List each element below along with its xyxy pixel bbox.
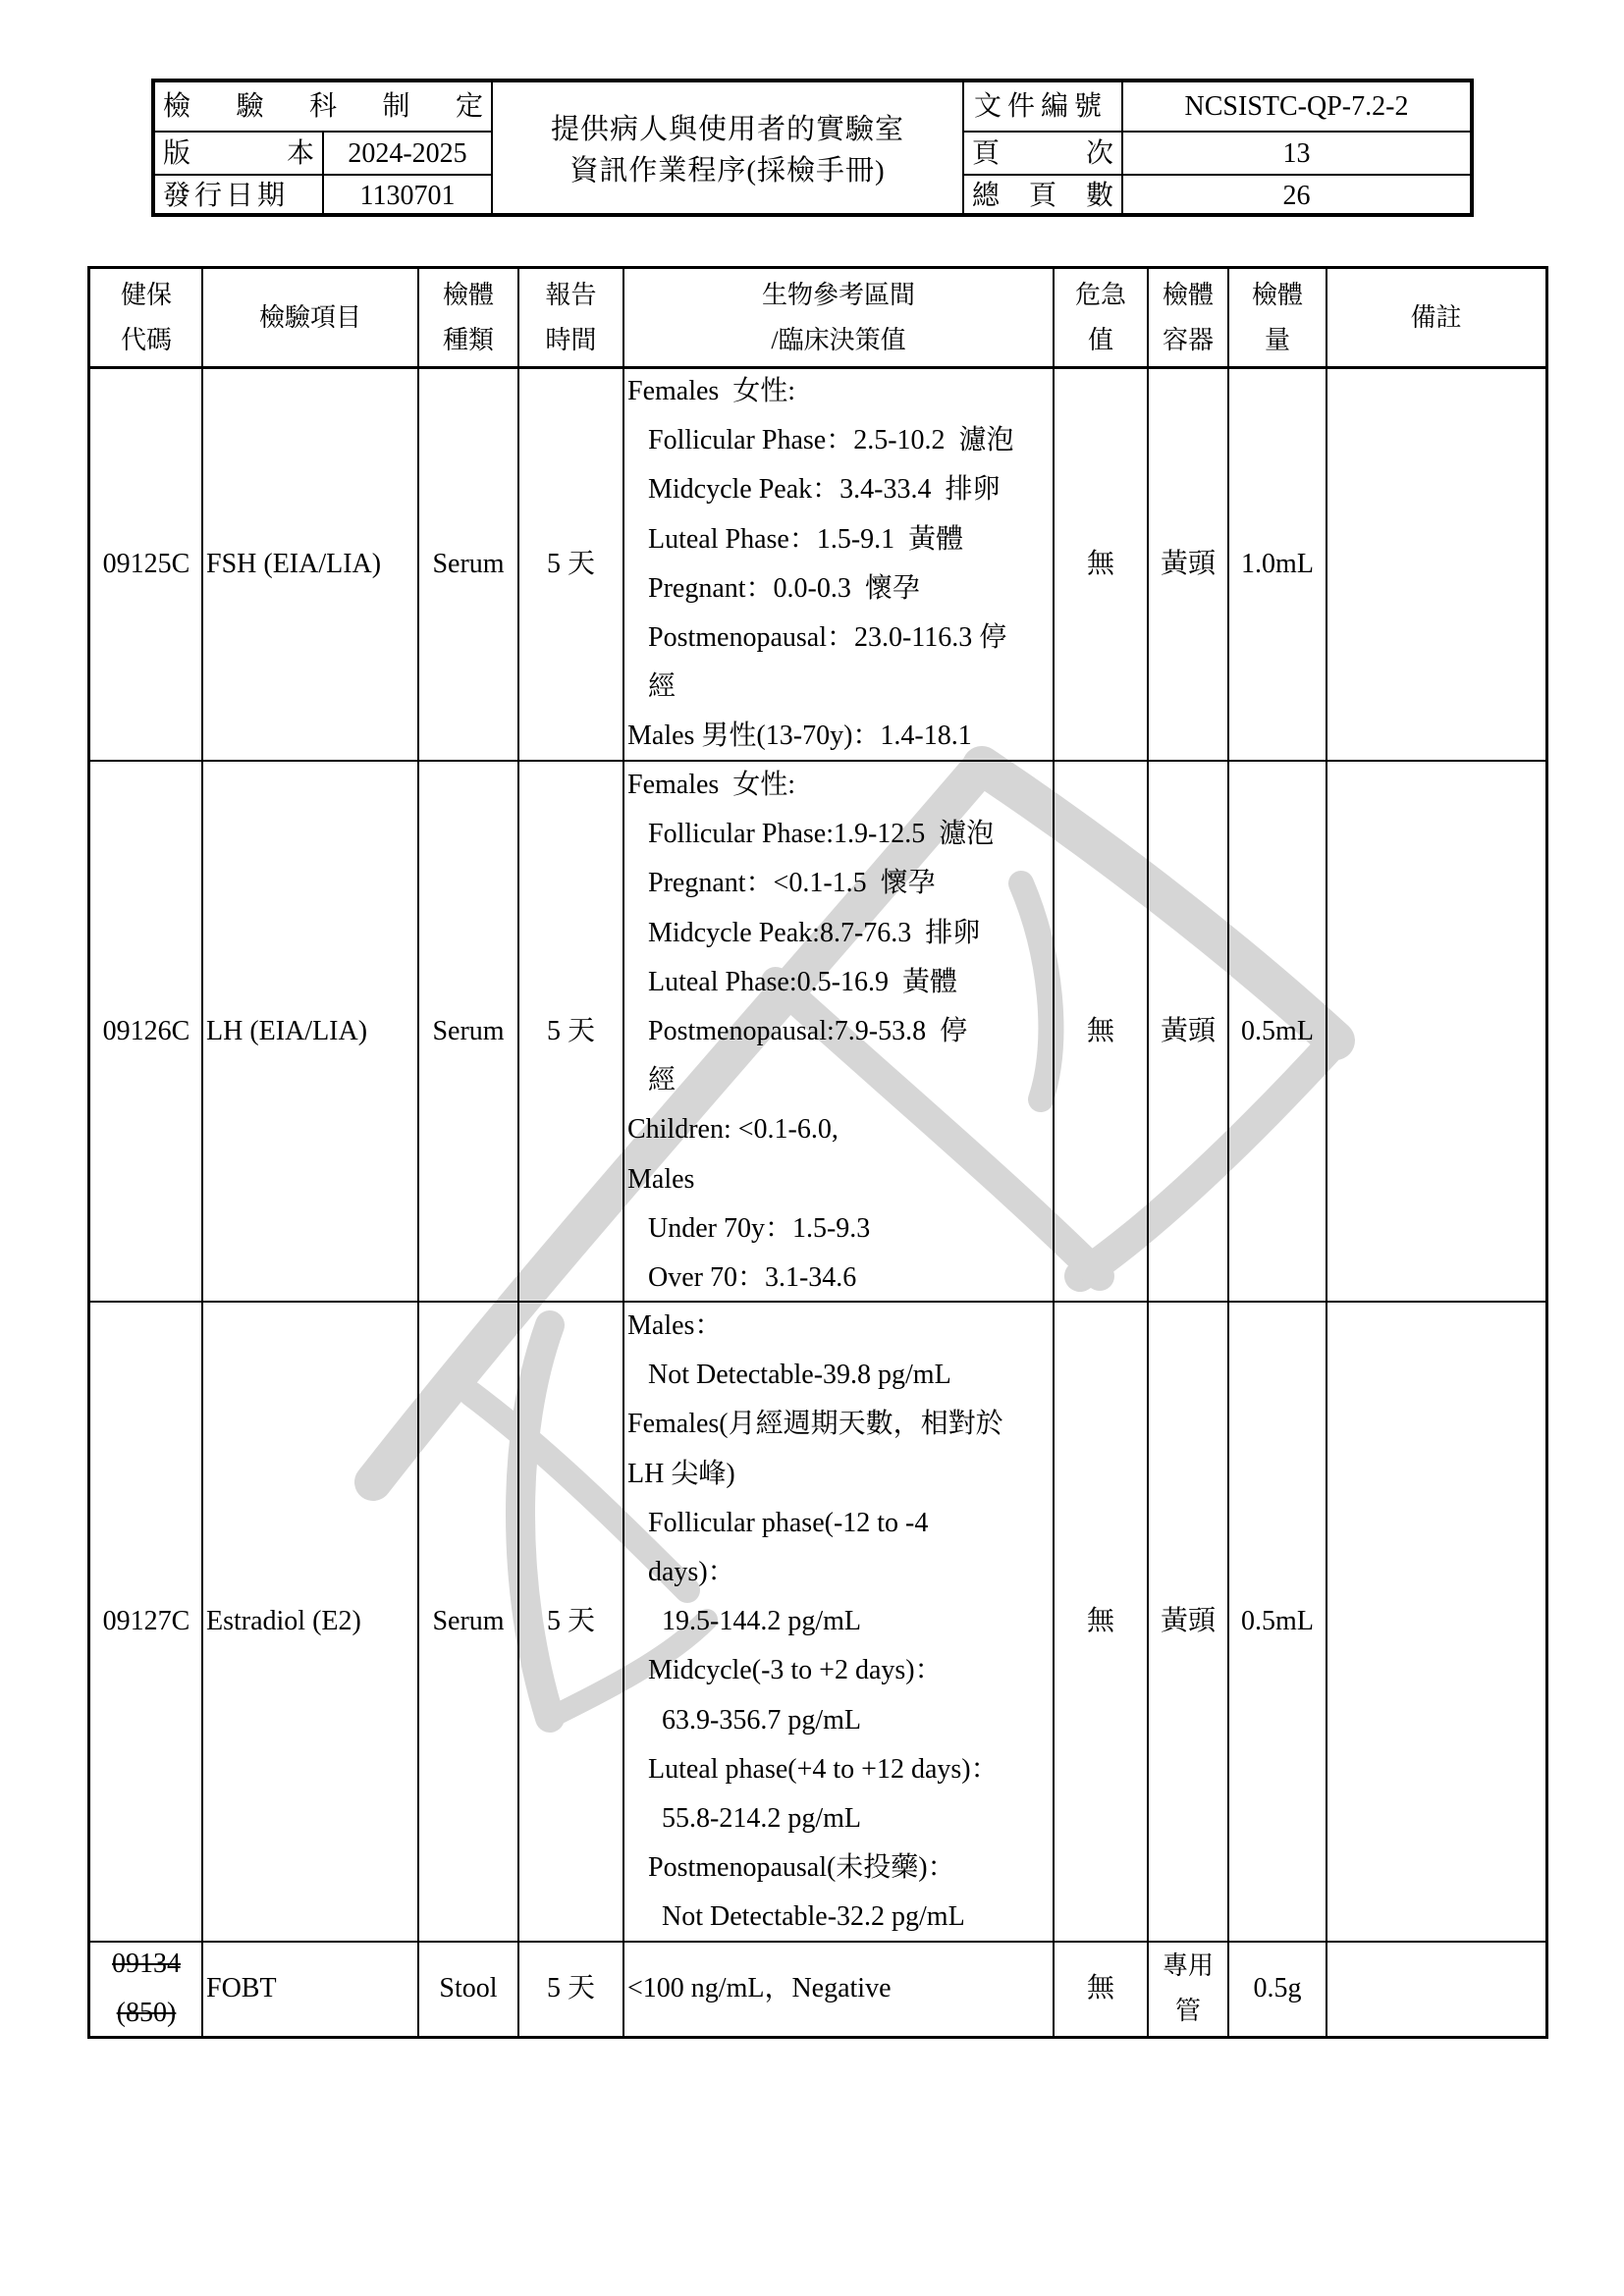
reference-line: 經 bbox=[627, 1056, 1054, 1105]
critical-value: 無 bbox=[1054, 367, 1148, 761]
reference-line: days)： bbox=[627, 1548, 1054, 1597]
reference-line: 經 bbox=[627, 663, 1054, 712]
remarks bbox=[1326, 367, 1545, 761]
reference-line: Luteal phase(+4 to +12 days)： bbox=[627, 1745, 1054, 1794]
reference-line: Midcycle(-3 to +2 days)： bbox=[627, 1646, 1054, 1695]
reference-line: Not Detectable-32.2 pg/mL bbox=[627, 1893, 1054, 1942]
reference-line: Not Detectable-39.8 pg/mL bbox=[627, 1351, 1054, 1400]
critical-value: 無 bbox=[1054, 761, 1148, 1302]
test-item-name: LH (EIA/LIA) bbox=[202, 761, 418, 1302]
remarks bbox=[1326, 1302, 1545, 1942]
column-header-line2: 時間 bbox=[545, 318, 596, 363]
reference-line: Males： bbox=[627, 1302, 1054, 1351]
reference-line: Children: <0.1-6.0, bbox=[627, 1105, 1054, 1154]
column-header: 健保代碼 bbox=[90, 269, 202, 367]
column-header: 檢體容器 bbox=[1148, 269, 1228, 367]
reference-line: Follicular phase(-12 to -4 bbox=[627, 1499, 1054, 1548]
specimen-container-line1: 專用 bbox=[1163, 1944, 1214, 1989]
column-header-line2: 容器 bbox=[1163, 318, 1214, 363]
specimen-volume: 1.0mL bbox=[1228, 367, 1326, 761]
issue-date-value: 1130701 bbox=[324, 176, 491, 217]
nhi-code: 09127C bbox=[90, 1302, 202, 1942]
column-header-line1: 生物參考區間 bbox=[762, 273, 915, 318]
critical-value: 無 bbox=[1054, 1942, 1148, 2036]
specimen-container: 專用管 bbox=[1148, 1942, 1228, 2036]
column-header-line1: 報告 bbox=[545, 273, 596, 318]
reference-line: Pregnant：<0.1-1.5 懷孕 bbox=[627, 859, 1054, 908]
specimen-type: Serum bbox=[418, 367, 518, 761]
issue-date-label: 發行日期 bbox=[155, 176, 322, 217]
column-header: 危急值 bbox=[1054, 269, 1148, 367]
column-header-line1: 健保 bbox=[121, 273, 172, 318]
column-header-line1: 檢驗項目 bbox=[259, 295, 361, 341]
reference-line: Follicular Phase：2.5-10.2 濾泡 bbox=[627, 416, 1054, 465]
document-title-line1: 提供病人與使用者的實驗室 bbox=[551, 109, 904, 150]
report-time: 5 天 bbox=[518, 761, 623, 1302]
document-title: 提供病人與使用者的實驗室 資訊作業程序(採檢手冊) bbox=[493, 82, 962, 217]
version-value: 2024-2025 bbox=[324, 133, 491, 175]
total-pages-value: 26 bbox=[1123, 176, 1470, 217]
column-header: 備註 bbox=[1326, 269, 1545, 367]
column-header-line1: 檢體 bbox=[1163, 273, 1214, 318]
column-header-line2: 代碼 bbox=[121, 318, 172, 363]
reference-line: Males 男性(13-70y)：1.4-18.1 bbox=[627, 712, 1054, 761]
reference-line: Midcycle Peak：3.4-33.4 排卵 bbox=[627, 465, 1054, 514]
column-header-line2: 值 bbox=[1088, 318, 1113, 363]
test-item-name: FSH (EIA/LIA) bbox=[202, 367, 418, 761]
specimen-type: Stool bbox=[418, 1942, 518, 2036]
reference-line: Pregnant：0.0-0.3 懷孕 bbox=[627, 564, 1054, 614]
reference-line: 63.9-356.7 pg/mL bbox=[627, 1696, 1054, 1745]
nhi-code-extra: (850) bbox=[117, 1989, 177, 2038]
page-value: 13 bbox=[1123, 133, 1470, 175]
doc-no-value: NCSISTC-QP-7.2-2 bbox=[1123, 82, 1470, 132]
specimen-container-line2: 管 bbox=[1175, 1989, 1201, 2034]
report-time: 5 天 bbox=[518, 1942, 623, 2036]
version-label: 版本 bbox=[155, 133, 322, 175]
reference-line: Under 70y：1.5-9.3 bbox=[627, 1204, 1054, 1254]
reference-line: Postmenopausal：23.0-116.3 停 bbox=[627, 614, 1054, 663]
page-label: 頁次 bbox=[964, 133, 1121, 175]
specimen-container: 黃頭 bbox=[1148, 1302, 1228, 1942]
reference-line: Luteal Phase：1.5-9.1 黃體 bbox=[627, 515, 1054, 564]
total-pages-label: 總頁數 bbox=[964, 176, 1121, 217]
column-header: 生物參考區間/臨床決策值 bbox=[623, 269, 1054, 367]
reference-line: <100 ng/mL，Negative bbox=[627, 1964, 1054, 2013]
specimen-container: 黃頭 bbox=[1148, 367, 1228, 761]
specimen-container: 黃頭 bbox=[1148, 761, 1228, 1302]
nhi-code-text: 09134 bbox=[112, 1940, 181, 1989]
reference-line: Females 女性: bbox=[627, 367, 1054, 416]
column-header-line1: 危急 bbox=[1075, 273, 1126, 318]
version-label-text: 版本 bbox=[163, 140, 314, 168]
remarks bbox=[1326, 1942, 1545, 2036]
column-header: 檢驗項目 bbox=[202, 269, 418, 367]
report-time: 5 天 bbox=[518, 367, 623, 761]
doc-no-label: 文件編號 bbox=[964, 82, 1121, 132]
column-header: 報告時間 bbox=[518, 269, 623, 367]
reference-range: Females 女性: Follicular Phase：2.5-10.2 濾泡… bbox=[623, 367, 1054, 762]
reference-line: Females(月經週期天數，相對於 bbox=[627, 1400, 1054, 1449]
critical-value: 無 bbox=[1054, 1302, 1148, 1942]
reference-line: Midcycle Peak:8.7-76.3 排卵 bbox=[627, 909, 1054, 958]
column-header-line1: 檢體 bbox=[443, 273, 494, 318]
nhi-code: 09125C bbox=[90, 367, 202, 761]
page-label-text: 頁次 bbox=[972, 140, 1113, 168]
test-item-name: FOBT bbox=[202, 1942, 418, 2036]
reference-line: Postmenopausal(未投藥)： bbox=[627, 1843, 1054, 1893]
reference-line: Luteal Phase:0.5-16.9 黃體 bbox=[627, 958, 1054, 1007]
reference-range: <100 ng/mL，Negative bbox=[623, 1964, 1054, 2013]
dept-label-text: 檢驗科制定 bbox=[163, 93, 483, 121]
reference-range: Males： Not Detectable-39.8 pg/mLFemales(… bbox=[623, 1302, 1054, 1942]
nhi-code: 09134(850) bbox=[90, 1942, 202, 2036]
nhi-code: 09126C bbox=[90, 761, 202, 1302]
specimen-type: Serum bbox=[418, 1302, 518, 1942]
report-time: 5 天 bbox=[518, 1302, 623, 1942]
reference-line: Over 70：3.1-34.6 bbox=[627, 1254, 1054, 1303]
reference-line: Males bbox=[627, 1155, 1054, 1204]
reference-line: Females 女性: bbox=[627, 761, 1054, 810]
document-title-line2: 資訊作業程序(採檢手冊) bbox=[569, 150, 885, 191]
specimen-volume: 0.5mL bbox=[1228, 1302, 1326, 1942]
reference-line: LH 尖峰) bbox=[627, 1450, 1054, 1499]
specimen-volume: 0.5g bbox=[1228, 1942, 1326, 2036]
total-pages-label-text: 總頁數 bbox=[972, 183, 1113, 210]
specimen-type: Serum bbox=[418, 761, 518, 1302]
column-header: 檢體種類 bbox=[418, 269, 518, 367]
reference-line: Postmenopausal:7.9-53.8 停 bbox=[627, 1007, 1054, 1056]
specimen-volume: 0.5mL bbox=[1228, 761, 1326, 1302]
column-header-line1: 備註 bbox=[1410, 295, 1461, 341]
column-header-line1: 檢體 bbox=[1252, 273, 1303, 318]
lab-test-table: 健保代碼檢驗項目檢體種類報告時間生物參考區間/臨床決策值危急值檢體容器檢體量備註… bbox=[87, 266, 1548, 2039]
reference-range: Females 女性: Follicular Phase:1.9-12.5 濾泡… bbox=[623, 761, 1054, 1303]
dept-label: 檢驗科制定 bbox=[155, 82, 491, 132]
column-header: 檢體量 bbox=[1228, 269, 1326, 367]
reference-line: 19.5-144.2 pg/mL bbox=[627, 1597, 1054, 1646]
test-item-name: Estradiol (E2) bbox=[202, 1302, 418, 1942]
column-header-line2: 量 bbox=[1265, 318, 1290, 363]
column-header-line2: /臨床決策值 bbox=[771, 318, 905, 363]
column-header-line2: 種類 bbox=[443, 318, 494, 363]
reference-line: 55.8-214.2 pg/mL bbox=[627, 1794, 1054, 1843]
remarks bbox=[1326, 761, 1545, 1302]
document-header: 檢驗科制定 版本 2024-2025 發行日期 1130701 提供病人與使用者… bbox=[151, 79, 1474, 217]
reference-line: Follicular Phase:1.9-12.5 濾泡 bbox=[627, 810, 1054, 859]
